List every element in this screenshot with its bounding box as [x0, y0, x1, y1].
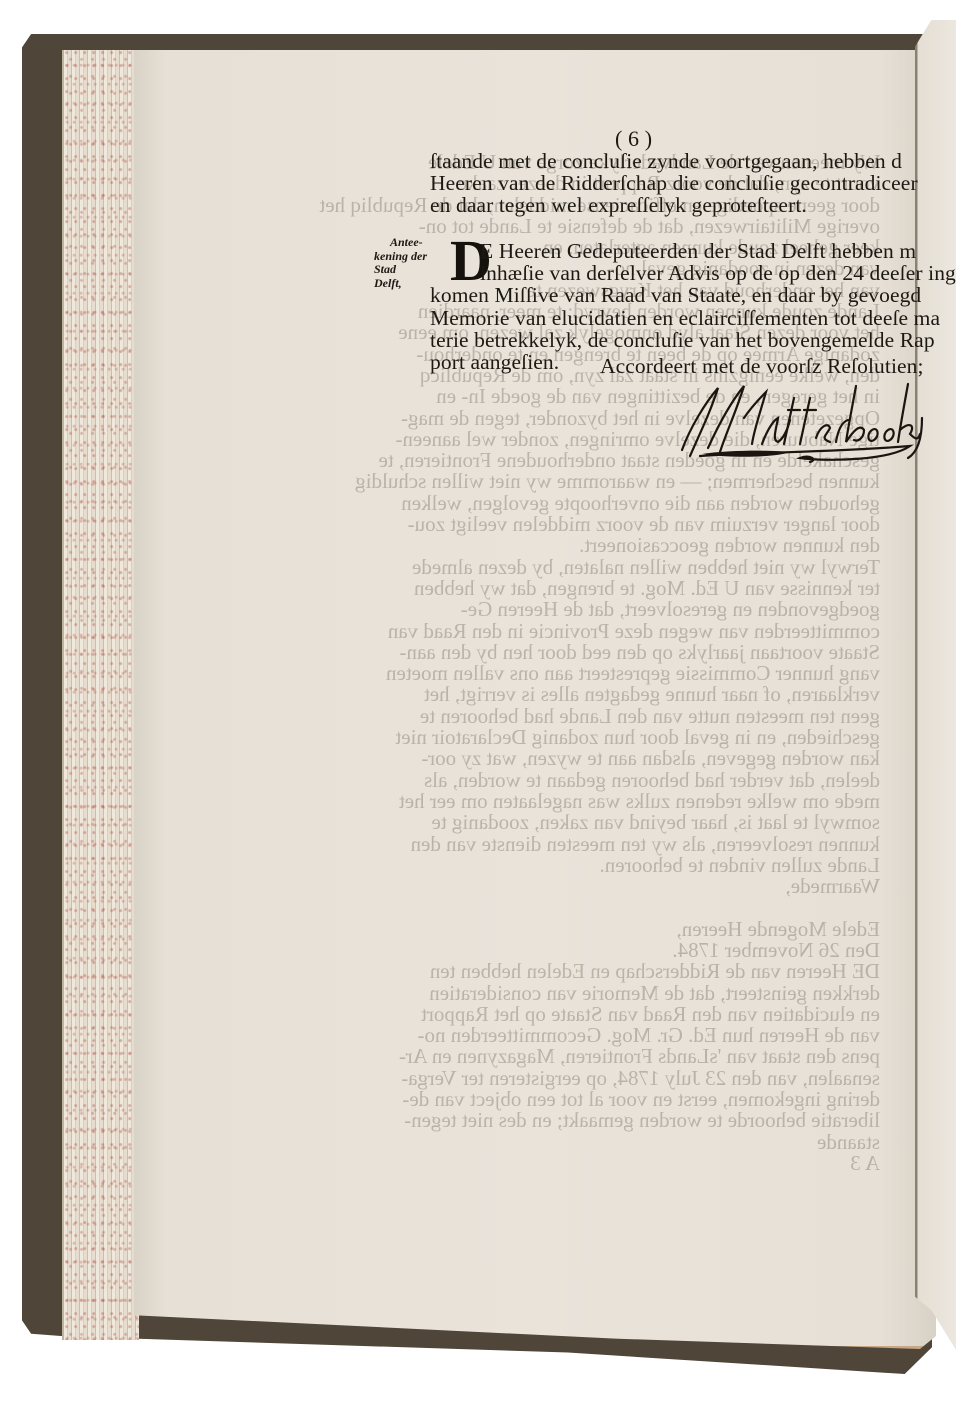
text-line: ſtaande met de concluſie zynde voortgega… — [430, 150, 918, 172]
paragraph-1: ſtaande met de concluſie zynde voortgega… — [430, 150, 918, 217]
text-line: inhæſie van derſelver Advis op de op den… — [430, 262, 956, 284]
text-line: terie betrekkelyk, de concluſie van het … — [430, 329, 956, 351]
marginal-line: Antee- — [374, 236, 427, 250]
text-line: Heeren van de Ridderſchap die concluſie … — [430, 172, 918, 194]
handwritten-signature — [660, 378, 930, 468]
marginal-line: Delft, — [374, 277, 427, 291]
text-line: en daar tegen wel expreſſelyk geproteſte… — [430, 194, 918, 216]
page-block-edges — [62, 50, 139, 1340]
marginal-line: Stad — [374, 263, 427, 277]
marginal-note: Antee- kening der Stad Delft, — [374, 236, 427, 290]
facing-page — [915, 20, 956, 1350]
attestation-line: Accordeert met de voorſz Reſolutien; — [600, 355, 924, 377]
text-line: komen Miſſive van Raad van Staate, en da… — [430, 284, 956, 306]
text-line: Memorie van elucidatien en eclairciſſeme… — [430, 307, 956, 329]
marginal-line: kening der — [374, 250, 427, 264]
text-line: E Heeren Gedeputeerden der Stad Delft he… — [430, 240, 956, 262]
page-number: ( 6 ) — [615, 128, 652, 150]
